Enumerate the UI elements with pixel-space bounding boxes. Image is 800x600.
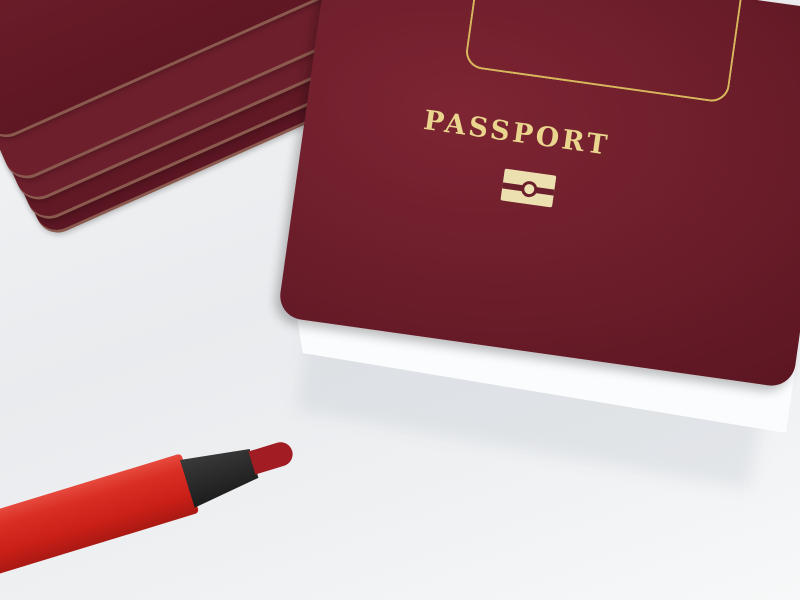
marker-body	[0, 453, 199, 578]
marker-cone	[180, 439, 262, 507]
photo-window-outline	[464, 0, 742, 104]
biometric-chip-icon	[500, 169, 556, 208]
red-marker	[0, 401, 309, 577]
marker-tip	[248, 439, 295, 474]
passport-title: PASSPORT	[422, 105, 612, 162]
photo-scene: PASSPORT COVID-19 PASSPORT	[0, 0, 800, 600]
